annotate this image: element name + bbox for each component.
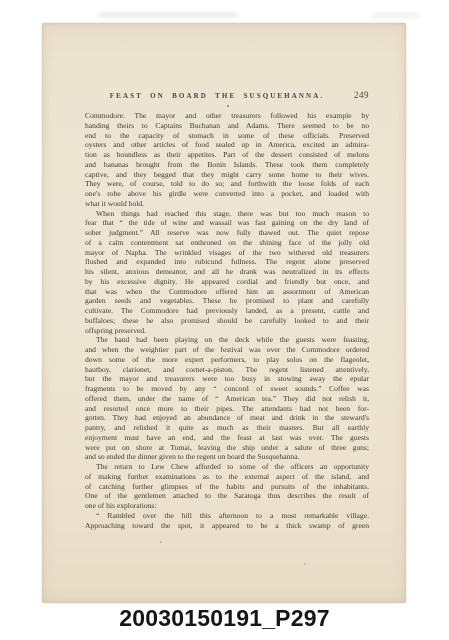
text-line: were put on shore at Tumai, leaving the … bbox=[85, 443, 369, 453]
text-line: oysters and other articles of food seale… bbox=[85, 140, 369, 150]
text-line: The band had been playing on the deck wh… bbox=[85, 335, 369, 345]
text-line: end to the capacity of stomach in some o… bbox=[85, 131, 369, 141]
text-line: pantry, and relished it quite as much as… bbox=[85, 423, 369, 433]
text-line: When things had reached this stage, ther… bbox=[85, 209, 369, 219]
scan-smudge bbox=[98, 13, 238, 17]
text-line: offspring preserved. bbox=[85, 326, 369, 336]
text-line: captive, and they begged that they might… bbox=[85, 170, 369, 180]
text-line: tion as boundless as their appetites. Pa… bbox=[85, 150, 369, 160]
text-line: gotten. They had enjoyed an abundance of… bbox=[85, 413, 369, 423]
text-line: Approaching toward the spot, it appeared… bbox=[85, 521, 369, 531]
text-line: but the mayor and treasurers were too bu… bbox=[85, 374, 369, 384]
scan-smudge bbox=[372, 14, 420, 17]
text-line: sober judgment.” All reserve was now ful… bbox=[85, 228, 369, 238]
text-line: buffaloes; these he also promised should… bbox=[85, 316, 369, 326]
page-number: 249 bbox=[354, 90, 369, 100]
running-title: FEAST ON BOARD THE SUSQUEHANNA. bbox=[110, 92, 324, 100]
text-line: fragments to be moved by any “ concord o… bbox=[85, 384, 369, 394]
image-id-caption: 20030150191_P297 bbox=[0, 605, 449, 632]
text-line: They were, of course, told to do so; and… bbox=[85, 179, 369, 189]
text-line: enjoyment must have an end, and the feas… bbox=[85, 433, 369, 443]
running-head: FEAST ON BOARD THE SUSQUEHANNA. 249 bbox=[85, 92, 369, 104]
text-line: what it would hold. bbox=[85, 199, 369, 209]
paper-speck bbox=[304, 563, 306, 565]
text-line: The return to Lew Chew afforded to some … bbox=[85, 462, 369, 472]
text-line: and so ended the dinner given to the reg… bbox=[85, 452, 369, 462]
text-line: hautboy, clarionet, and cornet-a-piston.… bbox=[85, 365, 369, 375]
text-line: and resorted once more to their pipes. T… bbox=[85, 404, 369, 414]
text-line: “ Rambled over the hill this afternoon t… bbox=[85, 511, 369, 521]
text-line: by his excessive dignity. He appeared co… bbox=[85, 277, 369, 287]
book-page-scan: FEAST ON BOARD THE SUSQUEHANNA. 249 Comm… bbox=[42, 23, 406, 603]
text-line: garden seeds and vegetables. These he pr… bbox=[85, 296, 369, 306]
paper-speck bbox=[227, 105, 229, 107]
page-body-text: Commodore. The mayor and other treasurer… bbox=[85, 111, 369, 530]
text-line: of a calm contentment sat enthroned on t… bbox=[85, 238, 369, 248]
text-line: that was when the Commodore offered him … bbox=[85, 287, 369, 297]
scanned-document-view: FEAST ON BOARD THE SUSQUEHANNA. 249 Comm… bbox=[0, 0, 449, 640]
text-line: and when the weightier part of the festi… bbox=[85, 345, 369, 355]
text-line: down some of the more expert performers,… bbox=[85, 355, 369, 365]
text-line: mayor of Napha. The wrinkled visages of … bbox=[85, 248, 369, 258]
text-line: cultivate. The Commodore had previously … bbox=[85, 306, 369, 316]
text-line: fear that “ the tide of wine and wassail… bbox=[85, 218, 369, 228]
text-line: Commodore. The mayor and other treasurer… bbox=[85, 111, 369, 121]
text-line: of making further examinations as to the… bbox=[85, 472, 369, 482]
text-line: and bananas brought from the Bonin Islan… bbox=[85, 160, 369, 170]
paper-speck bbox=[160, 541, 162, 543]
text-line: handing theirs to Captains Buchanan and … bbox=[85, 121, 369, 131]
text-line: one's robe above his girdle were convert… bbox=[85, 189, 369, 199]
text-line: his silent, anxious demeanor, and all he… bbox=[85, 267, 369, 277]
text-line: flushed and expanded into rubicund fulln… bbox=[85, 257, 369, 267]
text-line: one of his explorations: bbox=[85, 501, 369, 511]
text-line: offered them, under the name of “ Americ… bbox=[85, 394, 369, 404]
text-line: of catching further glimpses of the habi… bbox=[85, 482, 369, 492]
text-line: One of the gentlemen attached to the Sar… bbox=[85, 491, 369, 501]
